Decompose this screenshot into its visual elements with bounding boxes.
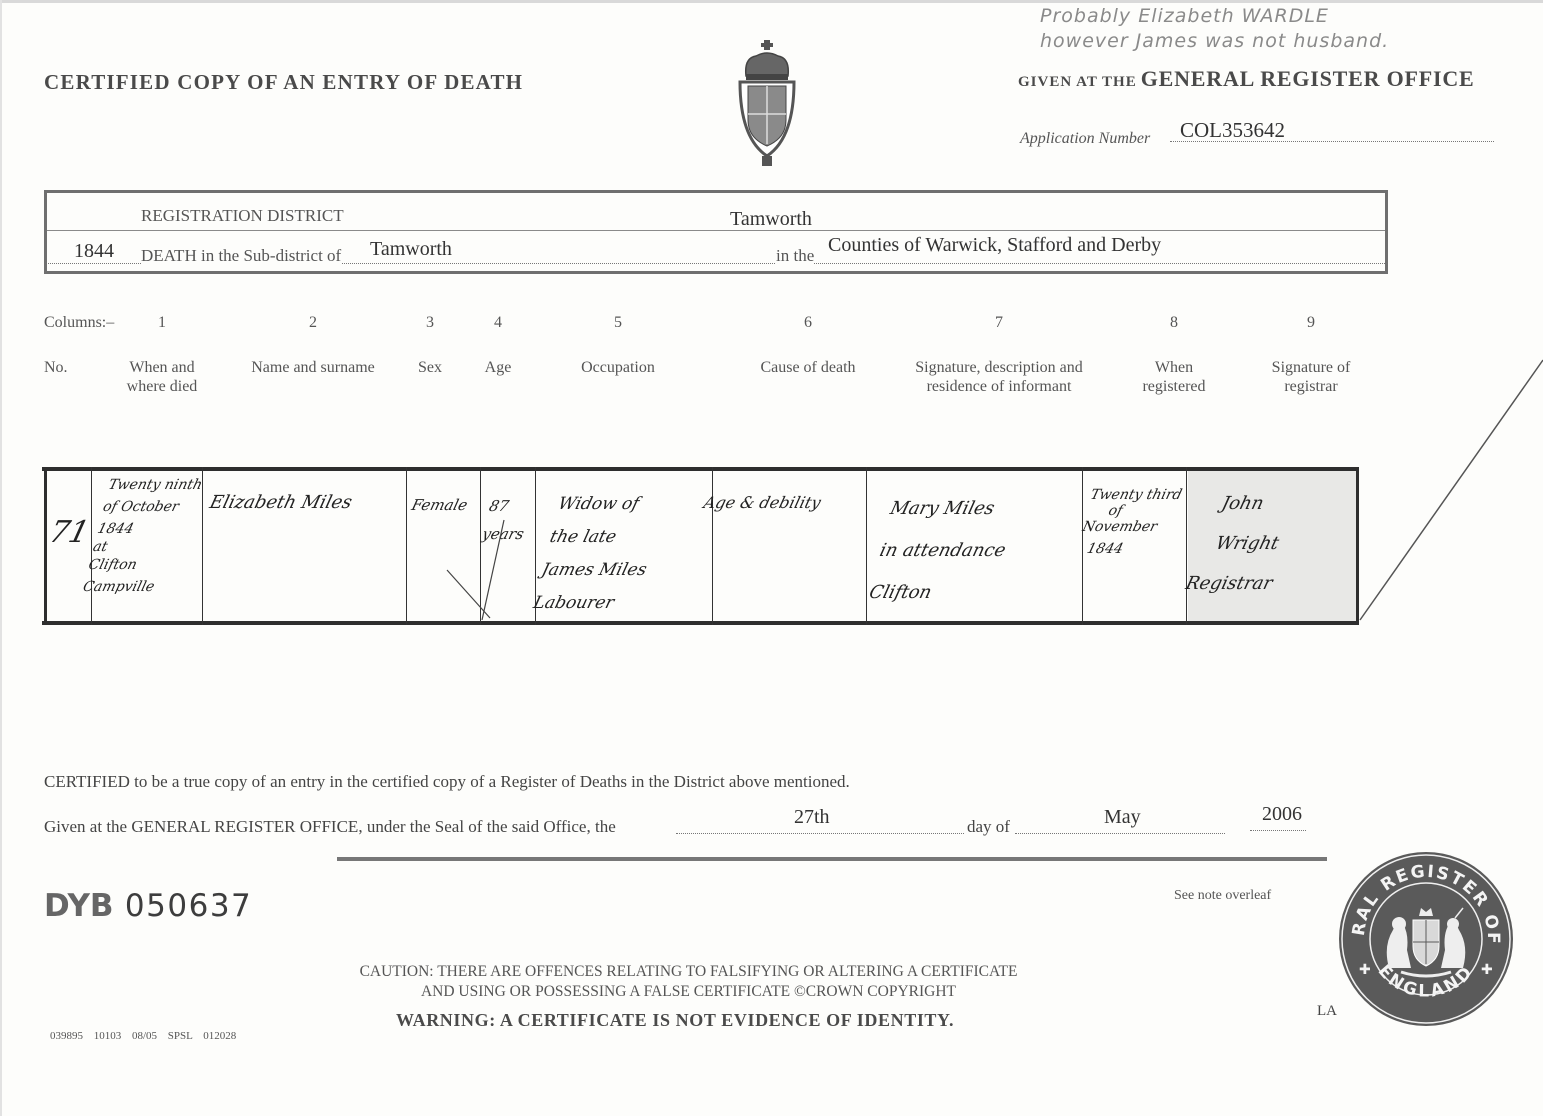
informant-line: in attendance	[875, 530, 1011, 572]
general-register-office-seal-icon: GENERAL REGISTER OFFICE ENGLAND ✚ ✚	[1337, 850, 1515, 1028]
occupation-line: James Miles	[538, 554, 651, 587]
registrar-line: John	[1201, 484, 1297, 524]
certificate-serial: DYB 050637	[44, 888, 252, 924]
handwritten-annotation: Probably Elizabeth WARDLE however James …	[1040, 4, 1389, 54]
given-at-statement: Given at the GENERAL REGISTER OFFICE, un…	[44, 817, 616, 837]
entry-number: 71	[47, 520, 92, 546]
initials: LA	[1317, 1003, 1337, 1020]
when-line: at	[92, 540, 189, 554]
year-dotted-line	[1250, 830, 1306, 831]
column-heading-no: No.	[44, 358, 68, 377]
column-heading-informant: Signature, description and residence of …	[900, 358, 1098, 396]
registration-divider	[47, 230, 1385, 231]
column-number-8: 8	[1162, 314, 1186, 332]
certification-day: 27th	[794, 806, 830, 829]
age-value: 87	[486, 492, 534, 520]
certification-rule	[337, 857, 1327, 861]
registered-line: November	[1080, 516, 1176, 538]
informant-line: Mary Miles	[885, 488, 1021, 530]
informant-line: Clifton	[864, 572, 1000, 614]
scan-left-edge	[0, 0, 2, 1116]
day-of-label: day of	[967, 817, 1010, 837]
document-title: CERTIFIED COPY OF AN ENTRY OF DEATH	[44, 70, 523, 95]
month-dotted-line	[1015, 833, 1225, 834]
registered-line: Twenty third	[1088, 484, 1184, 506]
column-heading-age: Age	[478, 358, 518, 377]
entry-when-registered: Twenty third of November 1844	[1075, 484, 1185, 560]
column-heading-occupation: Occupation	[560, 358, 676, 377]
occupation-line: the late	[546, 521, 659, 554]
column-number-2: 2	[301, 314, 325, 332]
scan-top-edge	[0, 0, 1543, 3]
application-number-label: Application Number	[1020, 130, 1150, 148]
certification-month: May	[1104, 806, 1141, 829]
column-heading-name: Name and surname	[238, 358, 388, 377]
column-heading-when-where: When and where died	[117, 358, 207, 396]
column-number-1: 1	[150, 314, 174, 332]
entry-age: 87 years	[479, 492, 534, 548]
handwritten-note-line2: however James was not husband.	[1040, 29, 1389, 54]
entry-name: Elizabeth Miles	[207, 490, 355, 516]
column-number-3: 3	[418, 314, 442, 332]
entry-col-divider	[202, 467, 203, 625]
when-line: 1844	[95, 518, 194, 540]
registrar-line: Wright	[1191, 524, 1287, 564]
caution-line: CAUTION: THERE ARE OFFENCES RELATING TO …	[326, 962, 1051, 982]
column-heading-sex: Sex	[410, 358, 450, 377]
column-heading-when-registered: When registered	[1130, 358, 1218, 396]
day-dotted-line	[676, 833, 964, 834]
entry-informant: Mary Miles in attendance Clifton	[864, 488, 1021, 614]
registrar-line: Registrar	[1181, 564, 1277, 604]
given-at-office: GENERAL REGISTER OFFICE	[1141, 66, 1475, 91]
age-unit: years	[479, 520, 527, 548]
column-number-9: 9	[1299, 314, 1323, 332]
registration-district-value: Tamworth	[730, 208, 812, 231]
entry-col-divider	[91, 467, 92, 625]
column-heading-registrar: Signature of registrar	[1256, 358, 1366, 396]
entry-when-where-died: Twenty ninth of October 1844 at Clifton …	[81, 474, 205, 598]
columns-label: Columns:–	[44, 314, 114, 332]
serial-prefix: DYB	[44, 888, 114, 924]
given-at-prefix: GIVEN AT THE	[1018, 74, 1137, 90]
entry-cause-of-death: Age & debility	[701, 490, 824, 516]
column-number-7: 7	[987, 314, 1011, 332]
registered-line: 1844	[1075, 538, 1171, 560]
when-line: Clifton	[86, 554, 185, 576]
certified-statement: CERTIFIED to be a true copy of an entry …	[44, 772, 850, 792]
entry-top-rule	[42, 467, 1358, 471]
registered-line: of	[1085, 506, 1178, 516]
svg-text:✚: ✚	[1481, 962, 1493, 978]
death-subdistrict-label: DEATH in the Sub-district of	[141, 246, 341, 266]
column-heading-cause: Cause of death	[740, 358, 876, 377]
entry-bottom-rule	[42, 621, 1358, 625]
when-line: Campville	[81, 576, 180, 598]
entry-sex: Female	[409, 492, 471, 518]
handwritten-note-line1: Probably Elizabeth WARDLE	[1040, 4, 1389, 29]
when-line: Twenty ninth	[106, 474, 205, 496]
counties-value: Counties of Warwick, Stafford and Derby	[828, 234, 1161, 257]
application-number: COL353642	[1180, 118, 1285, 143]
occupation-line: Widow of	[554, 488, 667, 521]
certification-year: 2006	[1262, 803, 1302, 826]
column-number-6: 6	[796, 314, 820, 332]
caution-line: AND USING OR POSSESSING A FALSE CERTIFIC…	[326, 982, 1051, 1002]
given-at-heading: GIVEN AT THE GENERAL REGISTER OFFICE	[1018, 66, 1475, 92]
print-code: 039895 10103 08/05 SPSL 012028	[50, 1030, 236, 1042]
entry-occupation: Widow of the late James Miles Labourer	[530, 488, 667, 620]
svg-text:✚: ✚	[1359, 962, 1371, 978]
column-number-4: 4	[486, 314, 510, 332]
registration-year: 1844	[72, 240, 116, 263]
when-line: of October	[100, 496, 199, 518]
occupation-line: Labourer	[530, 587, 643, 620]
see-note-overleaf: See note overleaf	[1174, 888, 1271, 904]
in-the-label: in the	[776, 246, 814, 266]
identity-warning: WARNING: A CERTIFICATE IS NOT EVIDENCE O…	[396, 1010, 954, 1031]
registration-district-label: REGISTRATION DISTRICT	[141, 206, 344, 226]
caution-notice: CAUTION: THERE ARE OFFENCES RELATING TO …	[326, 962, 1051, 1002]
royal-crest-icon	[736, 38, 798, 168]
serial-number: 050637	[125, 888, 252, 924]
entry-col-divider	[406, 467, 407, 625]
subdistrict-value: Tamworth	[370, 238, 452, 261]
entry-border-right	[1356, 467, 1359, 625]
column-number-5: 5	[606, 314, 630, 332]
